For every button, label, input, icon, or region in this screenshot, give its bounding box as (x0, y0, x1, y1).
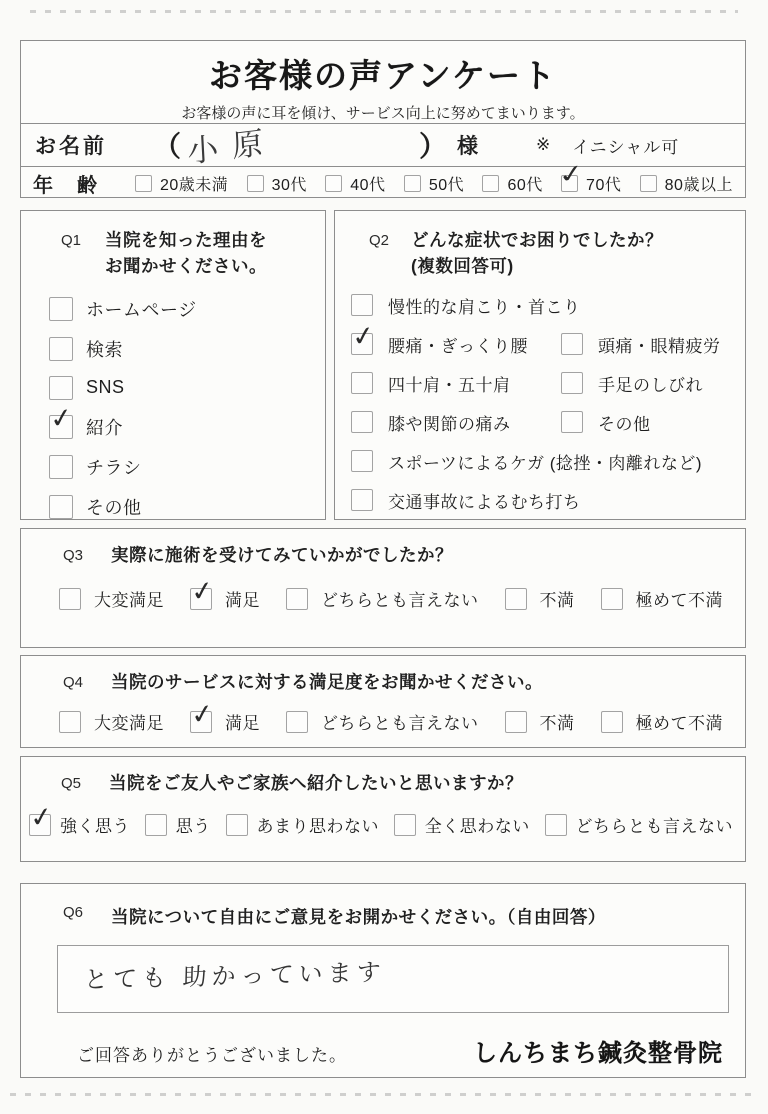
option-label: その他 (86, 494, 142, 520)
survey-sheet: お客様の声アンケート お客様の声に耳を傾け、サービス向上に努めてまいります。 お… (20, 0, 746, 1114)
question-number: Q2 (369, 232, 389, 249)
checkbox[interactable] (394, 814, 416, 836)
checkbox-option: どちらとも言えない (545, 812, 734, 837)
checkbox-option: 紹介 (49, 414, 325, 440)
checkbox[interactable] (49, 376, 73, 400)
q5-header: Q5 当院をご友人やご家族へ紹介したいと思いますか？ (21, 757, 745, 794)
checkbox[interactable] (545, 814, 567, 836)
option-label: 極めて不満 (636, 586, 724, 611)
note-mark: ※ (536, 135, 550, 155)
checkbox-option: 慢性的な肩こり・首こり (351, 293, 581, 318)
checkbox[interactable] (59, 588, 81, 610)
option-row: 四十肩・五十肩 手足のしびれ (351, 371, 745, 396)
checkbox[interactable] (601, 588, 623, 610)
checkbox-option: 思う (145, 812, 211, 837)
option-label: 交通事故によるむち打ち (388, 488, 581, 513)
option-label: 極めて不満 (636, 709, 724, 734)
checkbox-option: 80歳以上 (640, 172, 733, 195)
checkbox-option: 70代 (561, 172, 621, 195)
option-label: 大変満足 (94, 586, 164, 611)
checkbox[interactable] (404, 175, 421, 192)
checkbox-option: スポーツによるケガ (捻挫・肉離れなど) (351, 449, 702, 474)
initial-ok-note: イニシャル可 (572, 133, 679, 158)
q3-header: Q3 実際に施術を受けてみていかがでしたか？ (21, 529, 745, 566)
checkbox[interactable] (49, 455, 73, 479)
option-label: 満足 (225, 709, 260, 734)
option-label: 50代 (429, 172, 464, 195)
q3-options: 大変満足 満足 どちらとも言えない 不満 極めて不満 (21, 586, 745, 611)
checkbox-option: 40代 (325, 172, 385, 195)
checkbox[interactable] (561, 372, 583, 394)
checkbox-option: SNS (49, 376, 325, 400)
option-label: 膝や関節の痛み (388, 410, 511, 435)
checkbox[interactable] (351, 411, 373, 433)
option-label: 60代 (507, 172, 542, 195)
q2-box: Q2 どんな症状でお困りでしたか？ (複数回答可) 慢性的な肩こり・首こり 腰痛… (334, 210, 746, 520)
option-label: 強く思う (60, 812, 130, 837)
header-box: お客様の声アンケート お客様の声に耳を傾け、サービス向上に努めてまいります。 お… (20, 40, 746, 198)
checkbox[interactable] (247, 175, 264, 192)
question-text: 当院を知った理由を お聞かせください。 (105, 227, 267, 280)
checkbox-option: 60代 (482, 172, 542, 195)
checkbox-option: 手足のしびれ (561, 371, 703, 396)
question-number: Q6 (63, 904, 83, 921)
checkbox[interactable] (505, 711, 527, 733)
checkbox[interactable] (561, 411, 583, 433)
checkbox-option: 不満 (505, 709, 575, 734)
question-number: Q5 (61, 775, 81, 792)
option-label: どちらとも言えない (576, 812, 734, 837)
option-label: 30代 (272, 172, 307, 195)
checkbox[interactable] (29, 814, 51, 836)
q4-header: Q4 当院のサービスに対する満足度をお聞かせください。 (21, 656, 745, 693)
checkbox-option: 検索 (49, 336, 325, 362)
checkbox[interactable] (135, 175, 152, 192)
option-label: 頭痛・眼精疲労 (598, 332, 721, 357)
option-label: 紹介 (86, 414, 123, 440)
option-label: 手足のしびれ (598, 371, 703, 396)
option-label: 検索 (86, 336, 123, 362)
checkbox-option: その他 (561, 410, 651, 435)
checkbox[interactable] (49, 337, 73, 361)
close-paren: ） (419, 125, 447, 165)
checkbox[interactable] (505, 588, 527, 610)
q4-box: Q4 当院のサービスに対する満足度をお聞かせください。 大変満足 満足 どちらと… (20, 655, 746, 748)
clinic-name: しんちまち鍼灸整骨院 (473, 1033, 723, 1068)
option-label: 不満 (540, 709, 575, 734)
checkbox-option: 腰痛・ぎっくり腰 (351, 332, 561, 357)
checkbox[interactable] (49, 297, 73, 321)
question-text: 当院のサービスに対する満足度をお聞かせください。 (111, 672, 543, 693)
checkbox[interactable] (286, 588, 308, 610)
checkbox-option: 大変満足 (59, 709, 164, 734)
page-subtitle: お客様の声に耳を傾け、サービス向上に努めてまいります。 (21, 102, 745, 123)
question-text-line1: どんな症状でお困りでしたか？ (411, 230, 663, 250)
checkbox-option: 極めて不満 (601, 586, 724, 611)
q1-box: Q1 当院を知った理由を お聞かせください。 ホームページ 検索 SNS 紹介 (20, 210, 326, 520)
checkbox[interactable] (190, 711, 212, 733)
q1-options: ホームページ 検索 SNS 紹介 チラシ その他 (21, 296, 325, 520)
question-number: Q1 (61, 232, 81, 249)
checkbox-option: どちらとも言えない (286, 709, 479, 734)
checkbox[interactable] (601, 711, 623, 733)
checkbox-option: 交通事故によるむち打ち (351, 488, 581, 513)
option-row: スポーツによるケガ (捻挫・肉離れなど) (351, 449, 745, 474)
checkbox-option: 50代 (404, 172, 464, 195)
checkbox-option: 満足 (190, 709, 260, 734)
handwritten-comment: とても 助かっています (84, 952, 386, 995)
checkbox[interactable] (59, 711, 81, 733)
option-label: 全く思わない (425, 812, 530, 837)
option-label: 慢性的な肩こり・首こり (388, 293, 581, 318)
footer-row: ご回答ありがとうございました。 しんちまち鍼灸整骨院 (21, 1033, 745, 1068)
checkbox-option: 20歳未満 (135, 172, 228, 195)
q3-box: Q3 実際に施術を受けてみていかがでしたか？ 大変満足 満足 どちらとも言えない… (20, 528, 746, 648)
age-options: 20歳未満 30代 40代 50代 60代 (135, 172, 733, 195)
checkbox[interactable] (351, 294, 373, 316)
option-label: 大変満足 (94, 709, 164, 734)
title-block: お客様の声アンケート お客様の声に耳を傾け、サービス向上に努めてまいります。 (21, 41, 745, 123)
checkbox-option: どちらとも言えない (286, 586, 479, 611)
checkbox-option: 全く思わない (394, 812, 530, 837)
question-text-line1: 当院を知った理由を (105, 230, 267, 250)
checkbox-option: 30代 (247, 172, 307, 195)
thanks-text: ご回答ありがとうございました。 (77, 1041, 347, 1066)
option-label: 20歳未満 (160, 172, 228, 195)
checkbox-option: 頭痛・眼精疲労 (561, 332, 721, 357)
checkbox[interactable] (351, 450, 373, 472)
option-label: チラシ (86, 454, 142, 480)
question-text: 当院をご友人やご家族へ紹介したいと思いますか？ (109, 773, 523, 794)
option-label: 四十肩・五十肩 (388, 371, 511, 396)
name-label: お名前 (35, 130, 107, 160)
age-label: 年 齢 (33, 169, 135, 198)
option-label: 不満 (540, 586, 575, 611)
checkbox-option: 極めて不満 (601, 709, 724, 734)
checkbox[interactable] (351, 372, 373, 394)
question-number: Q3 (63, 547, 83, 564)
checkbox-option: 不満 (505, 586, 575, 611)
question-text: 実際に施術を受けてみていかがでしたか？ (111, 545, 453, 566)
question-text: どんな症状でお困りでしたか？ (複数回答可) (411, 227, 663, 280)
option-label: どちらとも言えない (321, 586, 479, 611)
page-title: お客様の声アンケート (21, 50, 745, 97)
q6-header: Q6 当院について自由にご意見をお開かせください。（自由回答） (21, 884, 745, 930)
checkbox[interactable] (49, 495, 73, 519)
q6-box: Q6 当院について自由にご意見をお開かせください。（自由回答） とても 助かって… (20, 883, 746, 1078)
option-label: 80歳以上 (665, 172, 733, 195)
checkbox[interactable] (226, 814, 248, 836)
q1-header: Q1 当院を知った理由を お聞かせください。 (21, 211, 325, 280)
checkbox[interactable] (351, 333, 373, 355)
checkbox-option: 四十肩・五十肩 (351, 371, 561, 396)
option-label: あまり思わない (257, 812, 380, 837)
option-label: SNS (86, 377, 125, 398)
checkbox[interactable] (145, 814, 167, 836)
age-row: 年 齢 20歳未満 30代 40代 50代 (21, 166, 745, 199)
option-label: 満足 (225, 586, 260, 611)
q5-box: Q5 当院をご友人やご家族へ紹介したいと思いますか？ 強く思う 思う あまり思わ… (20, 756, 746, 862)
option-label: 思う (176, 812, 211, 837)
checkbox-option: あまり思わない (226, 812, 380, 837)
checkbox-option: 強く思う (29, 812, 130, 837)
handwritten-name: 小原 (186, 115, 278, 171)
name-row: お名前 （ 小原 ） 様 ※ イニシャル可 (21, 123, 745, 166)
option-label: その他 (598, 410, 651, 435)
checkbox[interactable] (190, 588, 212, 610)
option-label: 腰痛・ぎっくり腰 (388, 332, 528, 357)
checkbox[interactable] (640, 175, 657, 192)
checkbox[interactable] (561, 333, 583, 355)
question-text: 当院について自由にご意見をお開かせください。（自由回答） (111, 904, 606, 930)
option-label: スポーツによるケガ (捻挫・肉離れなど) (388, 449, 702, 474)
checkbox[interactable] (561, 175, 578, 192)
open-paren: （ (153, 125, 181, 165)
option-label: 70代 (586, 172, 621, 195)
honorific-label: 様 (457, 130, 478, 160)
checkbox-option: 満足 (190, 586, 260, 611)
option-row: 交通事故によるむち打ち (351, 488, 745, 513)
q2-header: Q2 どんな症状でお困りでしたか？ (複数回答可) (335, 211, 745, 280)
q2-options: 慢性的な肩こり・首こり 腰痛・ぎっくり腰 頭痛・眼精疲労 四十肩・五十肩 (335, 293, 745, 513)
checkbox[interactable] (286, 711, 308, 733)
checkbox-option: その他 (49, 494, 325, 520)
question-text-line2: (複数回答可) (411, 256, 514, 276)
option-label: どちらとも言えない (321, 709, 479, 734)
option-row: 慢性的な肩こり・首こり (351, 293, 745, 318)
free-comment-area[interactable]: とても 助かっています (57, 945, 729, 1013)
option-label: 40代 (350, 172, 385, 195)
question-number: Q4 (63, 674, 83, 691)
checkbox-option: 大変満足 (59, 586, 164, 611)
question-text-line2: お聞かせください。 (105, 256, 267, 276)
checkbox[interactable] (482, 175, 499, 192)
checkbox[interactable] (49, 415, 73, 439)
checkbox-option: チラシ (49, 454, 325, 480)
option-row: 腰痛・ぎっくり腰 頭痛・眼精疲労 (351, 332, 745, 357)
option-label: ホームページ (86, 296, 197, 322)
checkbox-option: ホームページ (49, 296, 325, 322)
checkbox-option: 膝や関節の痛み (351, 410, 561, 435)
q5-options: 強く思う 思う あまり思わない 全く思わない どちらとも言えない (21, 812, 745, 837)
q4-options: 大変満足 満足 どちらとも言えない 不満 極めて不満 (21, 709, 745, 734)
checkbox[interactable] (351, 489, 373, 511)
option-row: 膝や関節の痛み その他 (351, 410, 745, 435)
checkbox[interactable] (325, 175, 342, 192)
